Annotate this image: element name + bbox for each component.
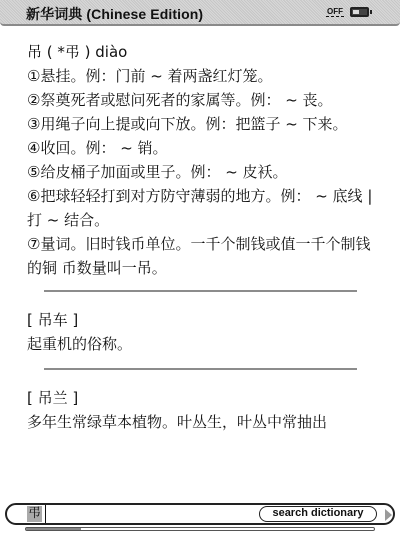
compound-term: [ 吊车 ] — [27, 308, 377, 332]
app-title: 新华词典 (Chinese Edition) — [26, 4, 203, 24]
compound-definition: 起重机的俗称。 — [27, 332, 377, 356]
compound-term: [ 吊兰 ] — [27, 386, 377, 410]
status-bar: 新华词典 (Chinese Edition) OFF — [0, 0, 400, 26]
battery-icon — [350, 7, 369, 17]
text-cursor — [45, 505, 47, 523]
headword: 吊 ( *弔 ) diào — [27, 40, 377, 64]
definition-7: ⑦量词。旧时钱币单位。一千个制钱或值一千个制钱的铜 币数量叫一吊。 — [27, 232, 377, 280]
search-bar[interactable]: 弔 search dictionary — [5, 503, 395, 525]
dictionary-entry: 吊 ( *弔 ) diào ①悬挂。例：门前 ~ 着两盏红灯笼。 ②祭奠死者或慰… — [27, 40, 377, 434]
definition-3: ③用绳子向上提或向下放。例：把篮子 ~ 下来。 — [27, 112, 377, 136]
scrollbar[interactable] — [25, 527, 375, 531]
definition-6: ⑥把球轻轻打到对方防守薄弱的地方。例： ~ 底线 | 打 ~ 结合。 — [27, 184, 377, 232]
definition-5: ⑤给皮桶子加面或里子。例： ~ 皮袄。 — [27, 160, 377, 184]
wireless-status: OFF — [326, 7, 344, 17]
divider — [44, 290, 357, 292]
arrow-right-icon[interactable] — [385, 509, 392, 521]
search-input[interactable]: 弔 — [27, 506, 42, 522]
compound-definition: 多年生常绿草本植物。叶丛生，叶丛中常抽出 — [27, 410, 377, 434]
definition-1: ①悬挂。例：门前 ~ 着两盏红灯笼。 — [27, 64, 377, 88]
definition-4: ④收回。例： ~ 销。 — [27, 136, 377, 160]
search-dictionary-button[interactable]: search dictionary — [259, 506, 377, 522]
definition-2: ②祭奠死者或慰问死者的家属等。例： ~ 丧。 — [27, 88, 377, 112]
scrollbar-thumb[interactable] — [26, 528, 81, 530]
divider — [44, 368, 357, 370]
